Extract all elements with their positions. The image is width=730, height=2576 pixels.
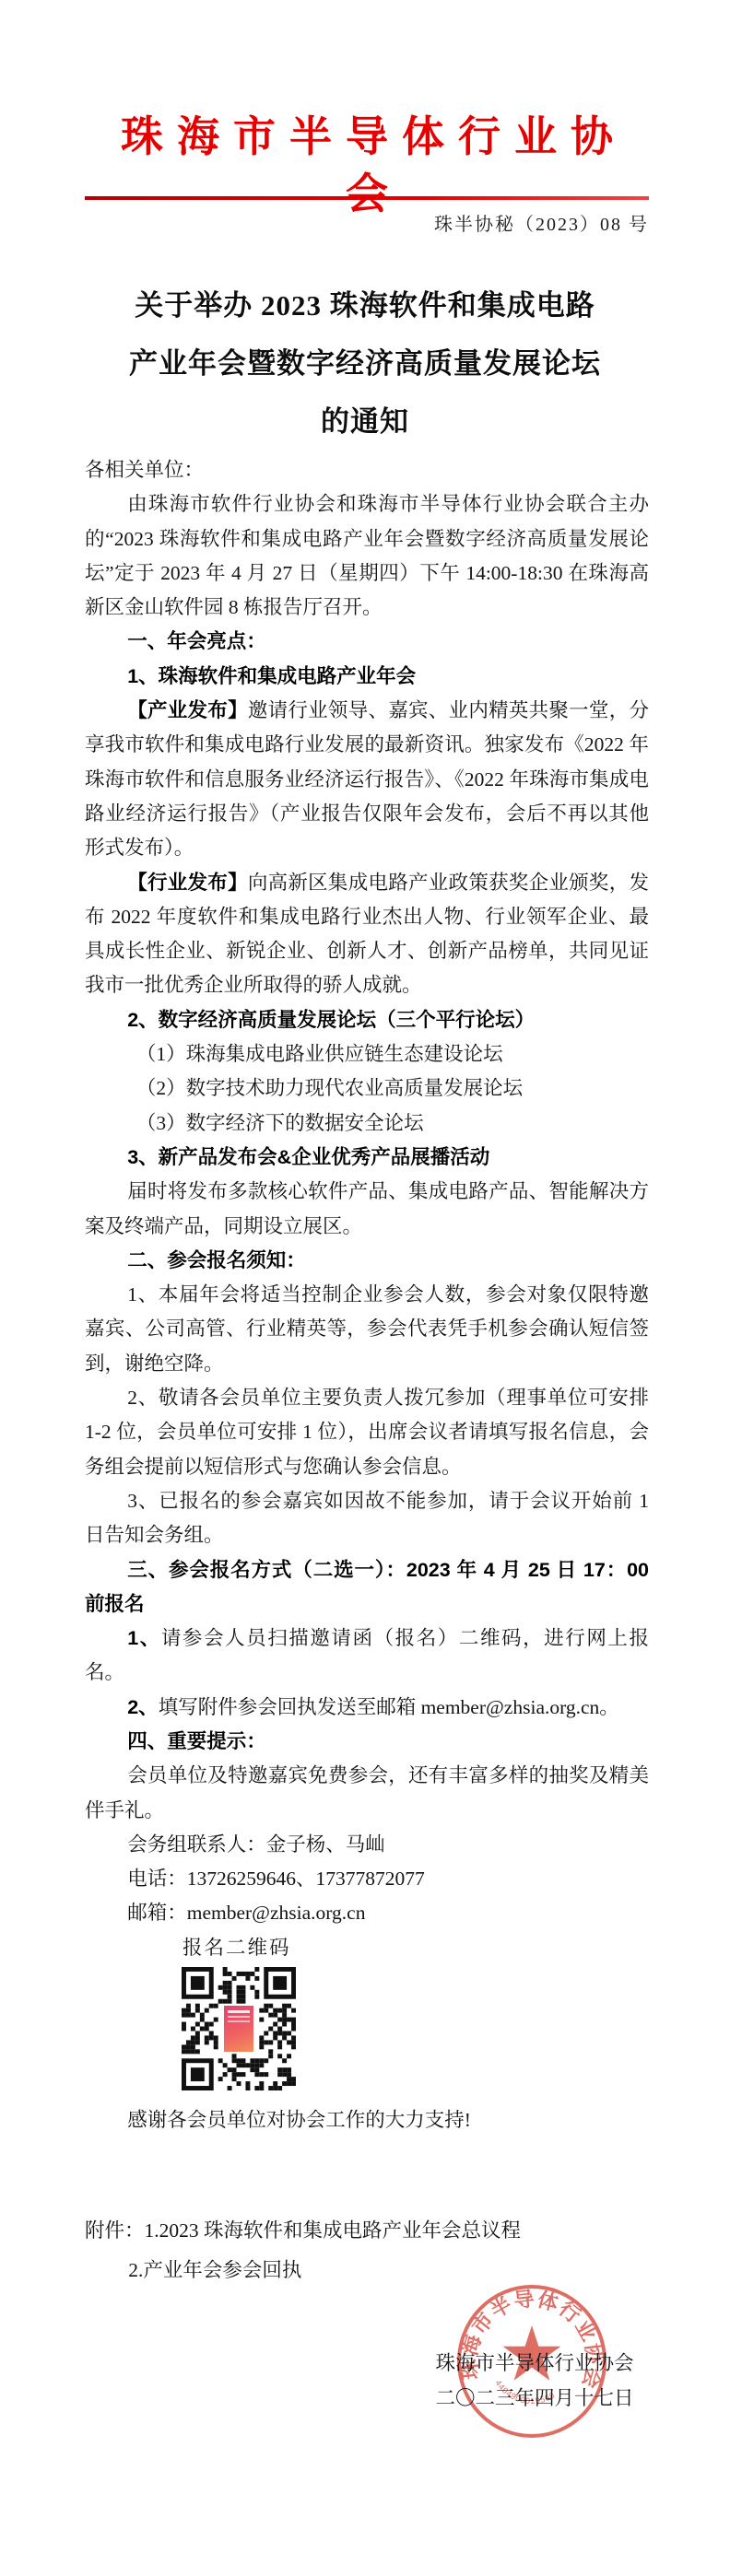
doc-number: 珠半协秘（2023）08 号 <box>85 212 649 238</box>
notice-title: 关于举办 2023 珠海软件和集成电路 产业年会暨数字经济高质量发展论坛 的通知 <box>55 276 675 451</box>
signup-option-2: 2、填写附件参会回执发送至邮箱 member@zhsia.org.cn。 <box>85 1691 649 1725</box>
paragraph-lead: 【行业发布】 <box>127 872 248 894</box>
list-item: （2）数字技术助力现代农业高质量发展论坛 <box>85 1071 649 1106</box>
contact-person: 会务组联系人：金子杨、马屾 <box>85 1828 649 1862</box>
paragraph: 2、敬请各会员单位主要负责人拨冗参加（理事单位可安排 1-2 位，会员单位可安排… <box>85 1381 649 1484</box>
signature-block: 珠海市半导体行业协会 二〇二三年四月十七日 <box>415 2346 654 2416</box>
thanks-line: 感谢各会员单位对协会工作的大力支持! <box>85 2103 649 2137</box>
contact-email: 邮箱：member@zhsia.org.cn <box>85 1896 649 1930</box>
notice-title-line2: 产业年会暨数字经济高质量发展论坛 <box>55 334 675 392</box>
qr-code-image <box>182 1967 296 2090</box>
paragraph: 【行业发布】向高新区集成电路产业政策获奖企业颁奖，发布 2022 年度软件和集成… <box>85 866 649 1003</box>
paragraph: 届时将发布多款核心软件产品、集成电路产品、智能解决方案及终端产品，同期设立展区。 <box>85 1175 649 1244</box>
red-divider <box>85 196 649 200</box>
document-page: 珠海市半导体行业协会 珠半协秘（2023）08 号 关于举办 2023 珠海软件… <box>0 0 730 2576</box>
salutation: 各相关单位： <box>85 453 649 487</box>
qr-code-label: 报名二维码 <box>182 1931 649 1965</box>
section-heading-3: 三、参会报名方式（二选一）：2023 年 4 月 25 日 17：00 前报名 <box>85 1553 649 1622</box>
notice-title-line1: 关于举办 2023 珠海软件和集成电路 <box>55 276 675 334</box>
notice-title-line3: 的通知 <box>55 392 675 451</box>
notice-body: 各相关单位： 由珠海市软件行业协会和珠海市半导体行业协会联合主办的“2023 珠… <box>85 453 649 2137</box>
subsection-heading: 3、新产品发布会&企业优秀产品展播活动 <box>85 1141 649 1175</box>
paragraph-text: 邀请行业领导、嘉宾、业内精英共聚一堂，分享我市软件和集成电路行业发展的最新资讯。… <box>85 699 649 859</box>
contact-phone: 电话：13726259646、17377872077 <box>85 1862 649 1896</box>
subsection-heading: 1、珠海软件和集成电路产业年会 <box>85 660 649 694</box>
subsection-heading: 2、数字经济高质量发展论坛（三个平行论坛） <box>85 1003 649 1037</box>
paragraph: 1、本届年会将适当控制企业参会人数，参会对象仅限特邀嘉宾、公司高管、行业精英等，… <box>85 1278 649 1381</box>
org-name: 珠海市半导体行业协会 <box>85 109 649 223</box>
paragraph: 会员单位及特邀嘉宾免费参会，还有丰富多样的抽奖及精美伴手礼。 <box>85 1759 649 1828</box>
section-heading-4: 四、重要提示： <box>85 1725 649 1759</box>
paragraph: 【产业发布】邀请行业领导、嘉宾、业内精英共聚一堂，分享我市软件和集成电路行业发展… <box>85 694 649 865</box>
attachments-block: 附件：1.2023 珠海软件和集成电路产业年会总议程 2.产业年会参会回执 <box>85 2211 649 2290</box>
qr-center-logo <box>224 2006 253 2052</box>
list-number: 2、 <box>127 1696 158 1718</box>
paragraph-lead: 【产业发布】 <box>127 699 248 721</box>
attachment-line-1: 附件：1.2023 珠海软件和集成电路产业年会总议程 <box>85 2211 649 2251</box>
signup-option-1: 1、请参会人员扫描邀请函（报名）二维码，进行网上报名。 <box>85 1622 649 1691</box>
signature-org: 珠海市半导体行业协会 <box>415 2346 654 2381</box>
list-item: （3）数字经济下的数据安全论坛 <box>85 1107 649 1141</box>
list-number: 1、 <box>127 1627 161 1649</box>
signature-date: 二〇二三年四月十七日 <box>415 2381 654 2416</box>
paragraph: 3、已报名的参会嘉宾如因故不能参加，请于会议开始前 1 日告知会务组。 <box>85 1484 649 1553</box>
paragraph: 由珠海市软件行业协会和珠海市半导体行业协会联合主办的“2023 珠海软件和集成电… <box>85 487 649 625</box>
list-item: （1）珠海集成电路业供应链生态建设论坛 <box>85 1037 649 1071</box>
section-heading-2: 二、参会报名须知： <box>85 1244 649 1278</box>
paragraph-text: 请参会人员扫描邀请函（报名）二维码，进行网上报名。 <box>85 1627 649 1683</box>
section-heading-1: 一、年会亮点： <box>85 625 649 659</box>
paragraph-text: 填写附件参会回执发送至邮箱 member@zhsia.org.cn。 <box>159 1696 619 1718</box>
